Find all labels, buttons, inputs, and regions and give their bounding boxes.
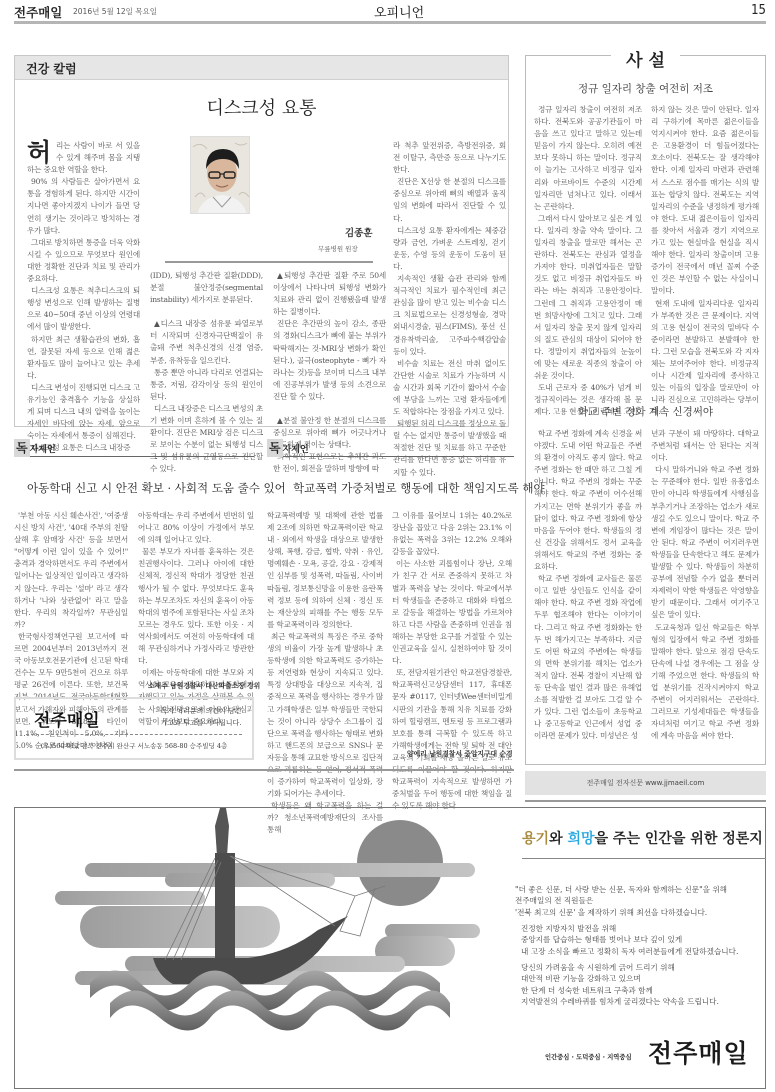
house-advertisement: 용기와 희망을 주는 인간을 위한 정론지 "더 좋은 신문, 더 사랑 받는 …	[14, 807, 766, 1089]
paragraph: 학교 주변 정화에 계속 신경을 써야겠다. 도내 어떤 학교들은 주변의 환경…	[534, 428, 642, 573]
reader-section-header: 독자제언	[267, 437, 514, 457]
dropcap: 허	[27, 142, 51, 164]
paragraph: (IDD), 퇴행성 추간판 질환(DDD), 분절 불안정증(segmenta…	[150, 270, 263, 306]
ad-line: 중앙지를 답습하는 형태를 벗어나 보다 깊이 있게	[521, 934, 738, 945]
article-title: 디스크성 요통	[15, 94, 508, 120]
paragraph: 라 척추 앞전위증, 측방전위증, 회전 이탈구, 측만증 등으로 나누기도 한…	[393, 140, 506, 176]
editorial-heading: 사 설	[526, 46, 765, 71]
portrait-icon	[191, 137, 250, 214]
paragraph: 또, 전담지원기관인 학교전담경찰관, 학교폭력신고상담센터 117, 휴대폰문…	[392, 667, 512, 812]
paragraph: 디스크성 요통 환자에게는 체중감량과 금연, 가벼운 스트레칭, 걷기 운동,…	[393, 225, 506, 273]
paragraph: 지속적인 생활 습관 관리와 함께 적극적인 치료가 필수적인데 최근 관심을 …	[393, 273, 506, 358]
ad-paragraph-1: "더 좋은 신문, 더 사랑 받는 신문, 독자와 함께하는 신문"을 위해 전…	[515, 884, 727, 918]
reader-right-column-1: 학교폭력예방 및 대책에 관한 법률 제 2조에 의하면 학교폭력이란 학교 내…	[267, 510, 383, 837]
author-role: 무릎병원 원장	[318, 244, 358, 253]
section-label-initial: 독	[267, 439, 283, 457]
paragraph: 진단은 X선상 한 분절의 디스크를 중심으로 위아래 뼈의 배열과 움직임의 …	[393, 176, 506, 224]
message-line: 독자 여러분의 의견이 담긴	[146, 705, 256, 717]
paragraph: 90% 의 사람들은 살아가면서 요통을 경험하게 된다. 하지만 시간이 지나…	[27, 176, 140, 236]
editorial-2-column-2: 년과 구분이 돼 마땅하다. 대학교 주변처럼 돼서는 안 된다는 지적이다. …	[651, 428, 759, 742]
page-number: 15	[751, 3, 766, 18]
section-label: 건강 칼럼	[26, 60, 77, 77]
paragraph: 진단은 추간판의 높이 감소, 종판의 경화(디스크가 뼈에 붙는 부위가 딱딱…	[273, 318, 386, 403]
article-column-1: 허리는 사람이 바로 서 있을 수 있게 해주며 몸을 지탱하는 중요한 역할을…	[27, 140, 140, 454]
paragraph: 그래서 다시 알아보고 싶은 게 있다. 일자리 창출 약속 말이다. 그 일자…	[534, 213, 642, 382]
slogan-text: 을 주는 인간을 위한 정론지	[595, 831, 763, 847]
reader-article-title: 학교폭력 가중처벌로 행동에 대한 책임지도록 해야	[293, 480, 545, 496]
section-label-rest: 자제언	[30, 445, 56, 455]
paragraph: 디스크 변성이 진행되면 디스크 고유기능인 충격흡수 기능을 상실하게 되며 …	[27, 382, 140, 442]
paragraph: ▲퇴행성 추간판 질환 주로 50세 이상에서 나타나며 퇴행성 변화가 치료와…	[273, 270, 386, 318]
editorial-1-column-1: 정규 일자리 창출이 여전히 저조하다. 전북도와 공공기관들이 마음을 쓰고 …	[534, 104, 642, 418]
pen-nib-ship-illustration	[35, 808, 495, 1048]
ad-line: 당신의 가려움을 속 시원하게 긁어 드리기 위해	[521, 962, 719, 973]
contribution-notice: 전주매일 독자 여러분의 의견이 담긴 기고와 투고를 기다립니다. (우)56…	[14, 697, 254, 760]
paragraph: 통증 뿐만 아니라 다리로 연결되는 통증, 저림, 감각이상 등의 원인이 된…	[150, 367, 263, 403]
slogan-text: 와	[549, 831, 567, 847]
paragraph: 현재 도내에 일자리다운 일자리가 부족한 것은 큰 문제이다. 지역의 고용 …	[651, 298, 759, 419]
e-paper-link[interactable]: 전주매일 전자신문 www.jjmaeil.com	[525, 771, 766, 795]
editorial-2-column-1: 학교 주변 정화에 계속 신경을 써야겠다. 도내 어떤 학교들은 주변의 환경…	[534, 428, 642, 742]
ad-line: 대안적 비판 기능을 강화하고 있으며	[521, 973, 719, 984]
dashed-divider	[26, 734, 242, 735]
ad-line: 진정한 지방자치 발전을 위해	[521, 923, 738, 934]
article-column-4: 라 척추 앞전위증, 측방전위증, 회전 이탈구, 측만증 등으로 나누기도 한…	[393, 140, 506, 479]
ad-line: "더 좋은 신문, 더 사랑 받는 신문, 독자와 함께하는 신문"을 위해	[515, 884, 727, 895]
ad-line: 내 고장 소식을 빠르고 정확히 독자 여러분들에게 전달하겠습니다.	[521, 946, 738, 957]
ad-line: 전주매일의 전 직원들은	[515, 895, 727, 906]
ad-slogan: 용기와 희망을 주는 인간을 위한 정론지	[522, 828, 763, 848]
editorial-title-1: 정규 일자리 창출 여전히 저조	[526, 81, 765, 96]
section-label-initial: 독	[14, 439, 30, 457]
newspaper-logo: 전주매일	[34, 706, 100, 731]
issue-date: 2016년 5월 12일 목요일	[73, 6, 157, 17]
ad-motto: 인간중심 · 도덕중심 · 지역중심	[545, 1052, 632, 1061]
reader-section-header: 독자제언	[14, 437, 254, 457]
slogan-highlight-courage: 용기	[522, 831, 549, 847]
paragraph: 정규 일자리 창출이 여전히 저조하다. 전북도와 공공기관들이 마음을 쓰고 …	[534, 104, 642, 213]
author-photo	[190, 136, 250, 214]
section-label-rest: 자제언	[283, 445, 309, 455]
paragraph: ▲디스크 내장증 섬유륜 파열로부터 시작되며 신경자극단백질이 유출돼 주변 …	[150, 318, 263, 366]
reader-article-title: 아동학대 신고 시 안전 확보 · 사회적 도움 줄수 있어	[27, 480, 286, 496]
paragraph: 디스크성 요통은 척추디스크의 퇴행성 변성으로 인해 발생하는 질병으로 40…	[27, 285, 140, 333]
ad-paragraph-3: 당신의 가려움을 속 시원하게 긁어 드리기 위해 대안적 비판 기능을 강화하…	[521, 962, 719, 1008]
section-title: 오피니언	[374, 2, 454, 21]
ad-line: 한 단계 더 성숙한 네트워크 구축과 함께	[521, 985, 719, 996]
message-line: 기고와 투고를 기다립니다.	[146, 717, 256, 729]
reader-byline: 소재주 남원경찰서 대산파출소장 경위	[148, 680, 260, 690]
paragraph: 그대로 방치하면 통증을 더욱 악화시킬 수 있으므로 무엇보다 원인에 대한 …	[27, 237, 140, 285]
contribution-message: 독자 여러분의 의견이 담긴 기고와 투고를 기다립니다.	[146, 705, 256, 729]
paragraph: 도교육청과 일선 학교들은 학부형의 입장에서 학교 주변 정화를 말해야 한다…	[651, 622, 759, 743]
ad-newspaper-logo: 전주매일	[648, 1034, 749, 1070]
paragraph: '부천 아동 시신 훼손사건', '여중생 시신 방치 사건', '40대 주부…	[14, 510, 128, 631]
ad-line: '전북 최고의 신문' 을 제작하기 위해 최선을 다하겠습니다.	[515, 907, 727, 918]
health-column-bar: 건강 칼럼	[15, 56, 508, 80]
paragraph: 그 이유를 물어보니 1위는 40.2%로 장난을 꼽았고 다음 2위는 23.…	[392, 510, 512, 558]
page-masthead: 전주매일 2016년 5월 12일 목요일 오피니언 15	[14, 0, 766, 24]
author-name: 김종훈	[345, 225, 373, 239]
divider	[522, 858, 766, 859]
paragraph: 아동학대는 우리 주변에서 빈번히 일어나고 80% 이상이 가정에서 부모에 …	[138, 510, 254, 546]
paragraph: 이는 사소한 괴롭힘이나 장난, 오해가 친구 간 서로 존중하지 못하고 차별…	[392, 558, 512, 667]
slogan-highlight-hope: 희망	[567, 831, 594, 847]
paragraph: 하지만 최근 생활습관의 변화, 흡연, 잘못된 자세 등으로 인해 젊은 환자…	[27, 334, 140, 382]
divider	[525, 800, 766, 802]
editorial-box: 사 설 정규 일자리 창출 여전히 저조 정규 일자리 창출이 여전히 저조하다…	[525, 55, 766, 765]
reader-left-column-2: 아동학대는 우리 주변에서 빈번히 일어나고 80% 이상이 가정에서 부모에 …	[138, 510, 254, 728]
divider	[165, 261, 373, 263]
reader-right-column-2: 그 이유를 물어보니 1위는 40.2%로 장난을 꼽았고 다음 2위는 23.…	[392, 510, 512, 812]
paragraph: 다시 말하거니와 학교 주변 정화는 꾸준해야 한다. 일반 유흥업소만이 아니…	[651, 464, 759, 621]
paragraph: 년과 구분이 돼 마땅하다. 대학교 주변처럼 돼서는 안 된다는 지적이다.	[651, 428, 759, 464]
paragraph: 비수술 치료는 전신 마취 없이도 간단한 시술로 치료가 가능하며 시술 시간…	[393, 358, 506, 418]
paragraph: 하지 않는 것은 말이 안된다. 일자리 구하기에 목마른 젊은이들을 억지시켜…	[651, 104, 759, 298]
paragraph: 최근 학교폭력의 특징은 주로 중학생의 비율이 가장 높게 발생하나 초등학생…	[267, 631, 383, 800]
ad-line: 지역발전의 수레바퀴를 힘차게 굴리겠다는 약속을 드립니다.	[521, 996, 719, 1007]
editorial-heading-text: 사 설	[611, 51, 680, 71]
divider	[14, 769, 514, 771]
ad-paragraph-2: 진정한 지방자치 발전을 위해 중앙지를 답습하는 형태를 벗어나 보다 깊이 …	[521, 923, 738, 957]
editorial-1-column-2: 하지 않는 것은 말이 안된다. 일자리 구하기에 목마른 젊은이들을 억지시켜…	[651, 104, 759, 418]
paragraph: 학교폭력예방 및 대책에 관한 법률 제 2조에 의하면 학교폭력이란 학교 내…	[267, 510, 383, 631]
address: (우)560-912 전북 전주시 완산구 서노송동 568-80 승주빌딩 4…	[16, 741, 252, 750]
health-column: 건강 칼럼 디스크성 요통 허리는 사람이 바로 서 있을 수 있게 해주며 몸…	[14, 55, 509, 427]
reader-byline: 양예리 남원경찰서 중앙지구대 순경	[407, 748, 513, 758]
newspaper-name: 전주매일	[14, 3, 62, 21]
paragraph: 학교 주변 정화에 교사들은 물론이고 일반 상인들도 인식을 같이 해야 한다…	[534, 573, 642, 742]
paragraph: 물론 부모가 자녀를 훈육하는 것은 친권행사이다. 그러나 아이에 대한 신체…	[138, 546, 254, 667]
editorial-title-2: 학교 주변 정화 계속 신경써야	[526, 404, 765, 419]
